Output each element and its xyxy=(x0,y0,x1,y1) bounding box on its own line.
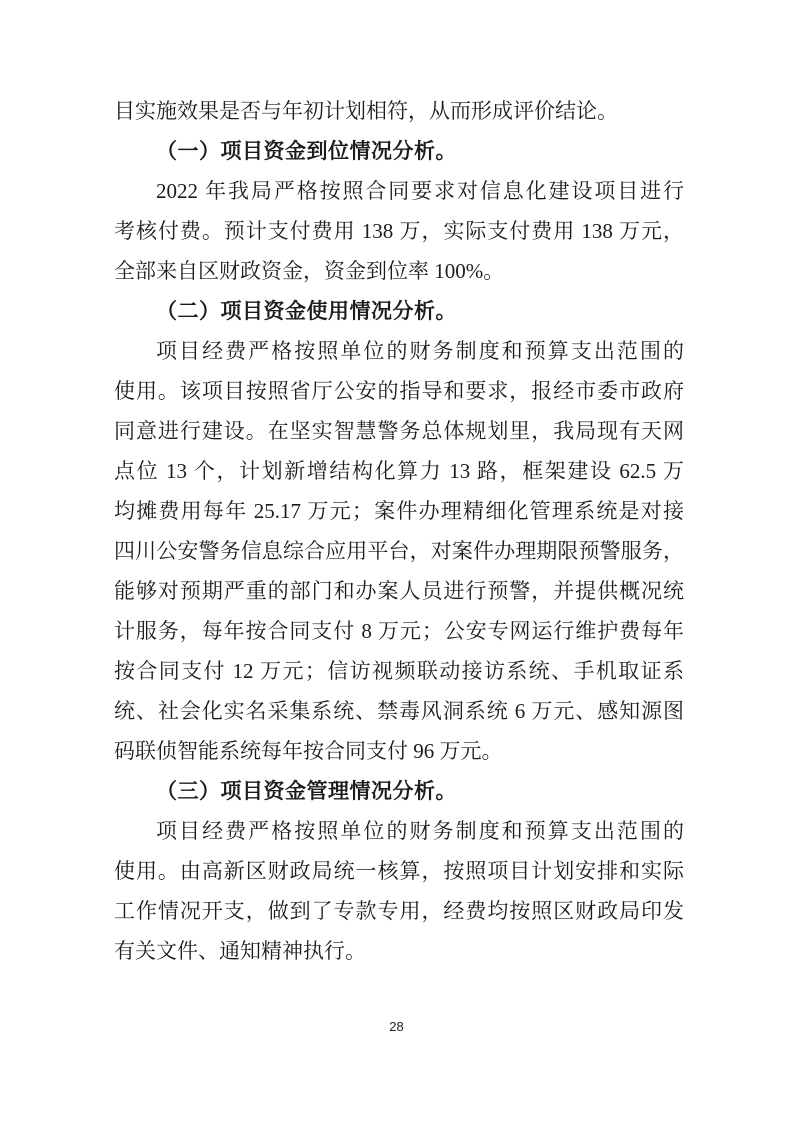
document-page: 目实施效果是否与年初计划相符，从而形成评价结论。 （一）项目资金到位情况分析。 … xyxy=(0,0,793,1122)
page-number: 28 xyxy=(0,1018,793,1036)
body-line: 四川公安警务信息综合应用平台，对案件办理期限预警服务， xyxy=(114,531,684,571)
body-line: 点位 13 个，计划新增结构化算力 13 路，框架建设 62.5 万元， xyxy=(114,451,684,491)
body-line: 均摊费用每年 25.17 万元；案件办理精细化管理系统是对接 xyxy=(114,491,684,531)
body-line: 目实施效果是否与年初计划相符，从而形成评价结论。 xyxy=(114,91,684,131)
section-heading: （三）项目资金管理情况分析。 xyxy=(114,771,684,811)
body-line: 考核付费。预计支付费用 138 万，实际支付费用 138 万元， xyxy=(114,211,684,251)
body-line: 能够对预期严重的部门和办案人员进行预警，并提供概况统 xyxy=(114,571,684,611)
body-line: 项目经费严格按照单位的财务制度和预算支出范围的 xyxy=(114,331,684,371)
body-line: 统、社会化实名采集系统、禁毒风洞系统 6 万元、感知源图 xyxy=(114,691,684,731)
body-line: 全部来自区财政资金，资金到位率 100%。 xyxy=(114,251,684,291)
body-line: 2022 年我局严格按照合同要求对信息化建设项目进行 xyxy=(114,171,684,211)
body-line: 计服务，每年按合同支付 8 万元；公安专网运行维护费每年 xyxy=(114,611,684,651)
section-heading: （一）项目资金到位情况分析。 xyxy=(114,131,684,171)
document-body: 目实施效果是否与年初计划相符，从而形成评价结论。 （一）项目资金到位情况分析。 … xyxy=(114,91,684,971)
body-line: 工作情况开支，做到了专款专用，经费均按照区财政局印发 xyxy=(114,891,684,931)
body-line: 码联侦智能系统每年按合同支付 96 万元。 xyxy=(114,731,684,771)
body-line: 使用。该项目按照省厅公安的指导和要求，报经市委市政府 xyxy=(114,371,684,411)
body-line: 使用。由高新区财政局统一核算，按照项目计划安排和实际 xyxy=(114,851,684,891)
section-heading: （二）项目资金使用情况分析。 xyxy=(114,291,684,331)
body-line: 项目经费严格按照单位的财务制度和预算支出范围的 xyxy=(114,811,684,851)
body-line: 有关文件、通知精神执行。 xyxy=(114,931,684,971)
body-line: 按合同支付 12 万元；信访视频联动接访系统、手机取证系 xyxy=(114,651,684,691)
body-line: 同意进行建设。在坚实智慧警务总体规划里，我局现有天网 xyxy=(114,411,684,451)
